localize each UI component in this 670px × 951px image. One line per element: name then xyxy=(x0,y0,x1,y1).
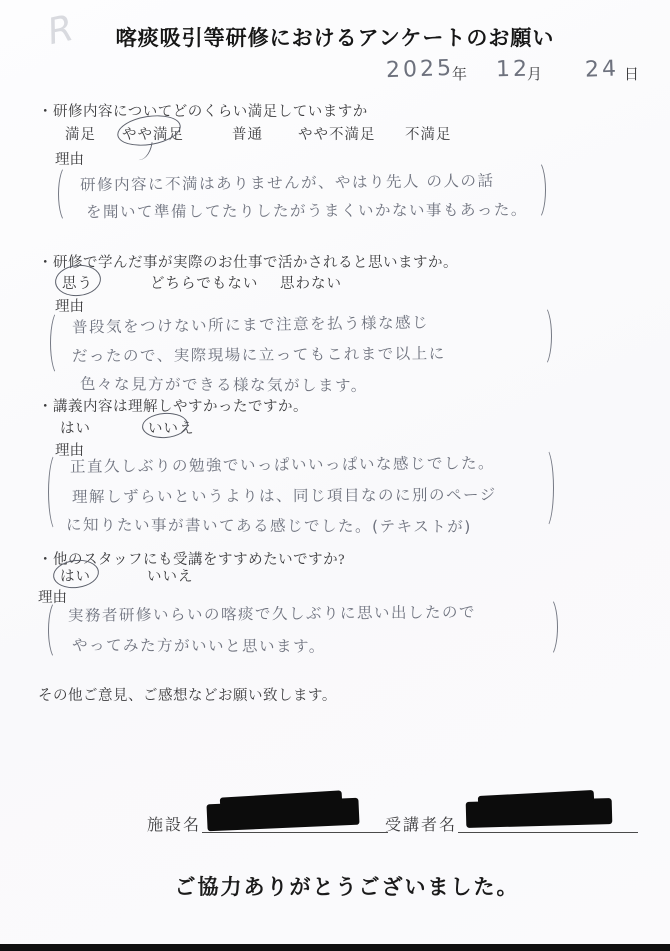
date-day-label: 日 xyxy=(624,63,639,84)
date-month-label: 月 xyxy=(527,63,542,84)
date-month-handwritten: 12 xyxy=(496,57,530,83)
scanned-survey-page: R 喀痰吸引等研修におけるアンケートのお願い 2025 年 12 月 24 日 … xyxy=(0,0,670,951)
q3-handwritten-bracket-left xyxy=(48,452,66,532)
scan-edge-strip xyxy=(0,944,670,951)
q1-option-satisfied: 満足 xyxy=(65,123,96,144)
q4-answer-line-2: やってみた方がいいと思います。 xyxy=(72,633,326,656)
attendee-name-label: 受講者名 xyxy=(385,812,457,835)
q1-answer-line-2: を聞いて準備してたりしたがうまくいかない事もあった。 xyxy=(86,198,528,222)
q1-handwritten-bracket-left xyxy=(58,165,76,223)
q2-option-neither: どちらでもない xyxy=(150,272,258,293)
q1-option-somewhat-unsatisfied: やや不満足 xyxy=(298,123,376,144)
q1-answer-line-1: 研修内容に不満はありませんが、やはり先人 の人の話 xyxy=(80,169,495,195)
closing-thanks-text: ご協力ありがとうございました。 xyxy=(0,871,670,901)
date-year-handwritten: 2025 xyxy=(386,56,455,83)
q3-option-yes: はい xyxy=(60,417,91,438)
facility-name-label: 施設名 xyxy=(147,812,201,835)
q2-answer-line-2: だったので、実際現場に立ってもこれまで以上に xyxy=(72,342,446,367)
q3-answer-line-1: 正直久しぶりの勉強でいっぱいいっぱいな感じでした。 xyxy=(70,451,495,477)
q4-answer-line-1: 実務者研修いらいの喀痰で久しぶりに思い出したので xyxy=(68,600,476,626)
q2-handwritten-bracket-left xyxy=(50,310,68,376)
other-comments-label: その他ご意見、ご感想などお願い致します。 xyxy=(38,684,337,705)
question-3-prompt: ・講義内容は理解しやすかったですか。 xyxy=(38,395,308,416)
q4-option-no: いいえ xyxy=(147,565,194,586)
q2-option-dont-think-so: 思わない xyxy=(280,272,342,293)
question-1-prompt: ・研修内容についてどのくらい満足していますか xyxy=(38,100,368,121)
q1-option-unsatisfied: 不満足 xyxy=(405,123,452,144)
q2-answer-line-3: 色々な見方ができる様な気がします。 xyxy=(80,372,368,396)
q1-handwritten-bracket-right xyxy=(528,160,546,220)
date-day-handwritten: 24 xyxy=(585,56,620,82)
q2-option-think-so: 思う xyxy=(62,272,93,293)
q4-handwritten-bracket-left xyxy=(48,600,66,660)
q1-option-somewhat-satisfied: やや満足 xyxy=(122,123,184,144)
q2-handwritten-bracket-right xyxy=(534,305,552,367)
q3-answer-line-3: に知りたい事が書いてある感じでした。(テキストが) xyxy=(66,513,472,537)
question-2-prompt: ・研修で学んだ事が実際のお仕事で活かされると思いますか。 xyxy=(38,251,458,272)
q3-answer-line-2: 理解しずらいというよりは、同じ項目なのに別のページ xyxy=(72,483,497,507)
page-title: 喀痰吸引等研修におけるアンケートのお願い xyxy=(0,22,670,52)
q3-option-no: いいえ xyxy=(148,417,195,438)
q4-option-yes: はい xyxy=(60,565,91,586)
q1-option-neutral: 普通 xyxy=(232,123,263,144)
date-year-label: 年 xyxy=(452,63,467,84)
q4-handwritten-bracket-right xyxy=(540,597,558,657)
q3-handwritten-bracket-right xyxy=(536,447,554,529)
q2-answer-line-1: 普段気をつけない所にまで注意を払う様な感じ xyxy=(72,311,429,338)
